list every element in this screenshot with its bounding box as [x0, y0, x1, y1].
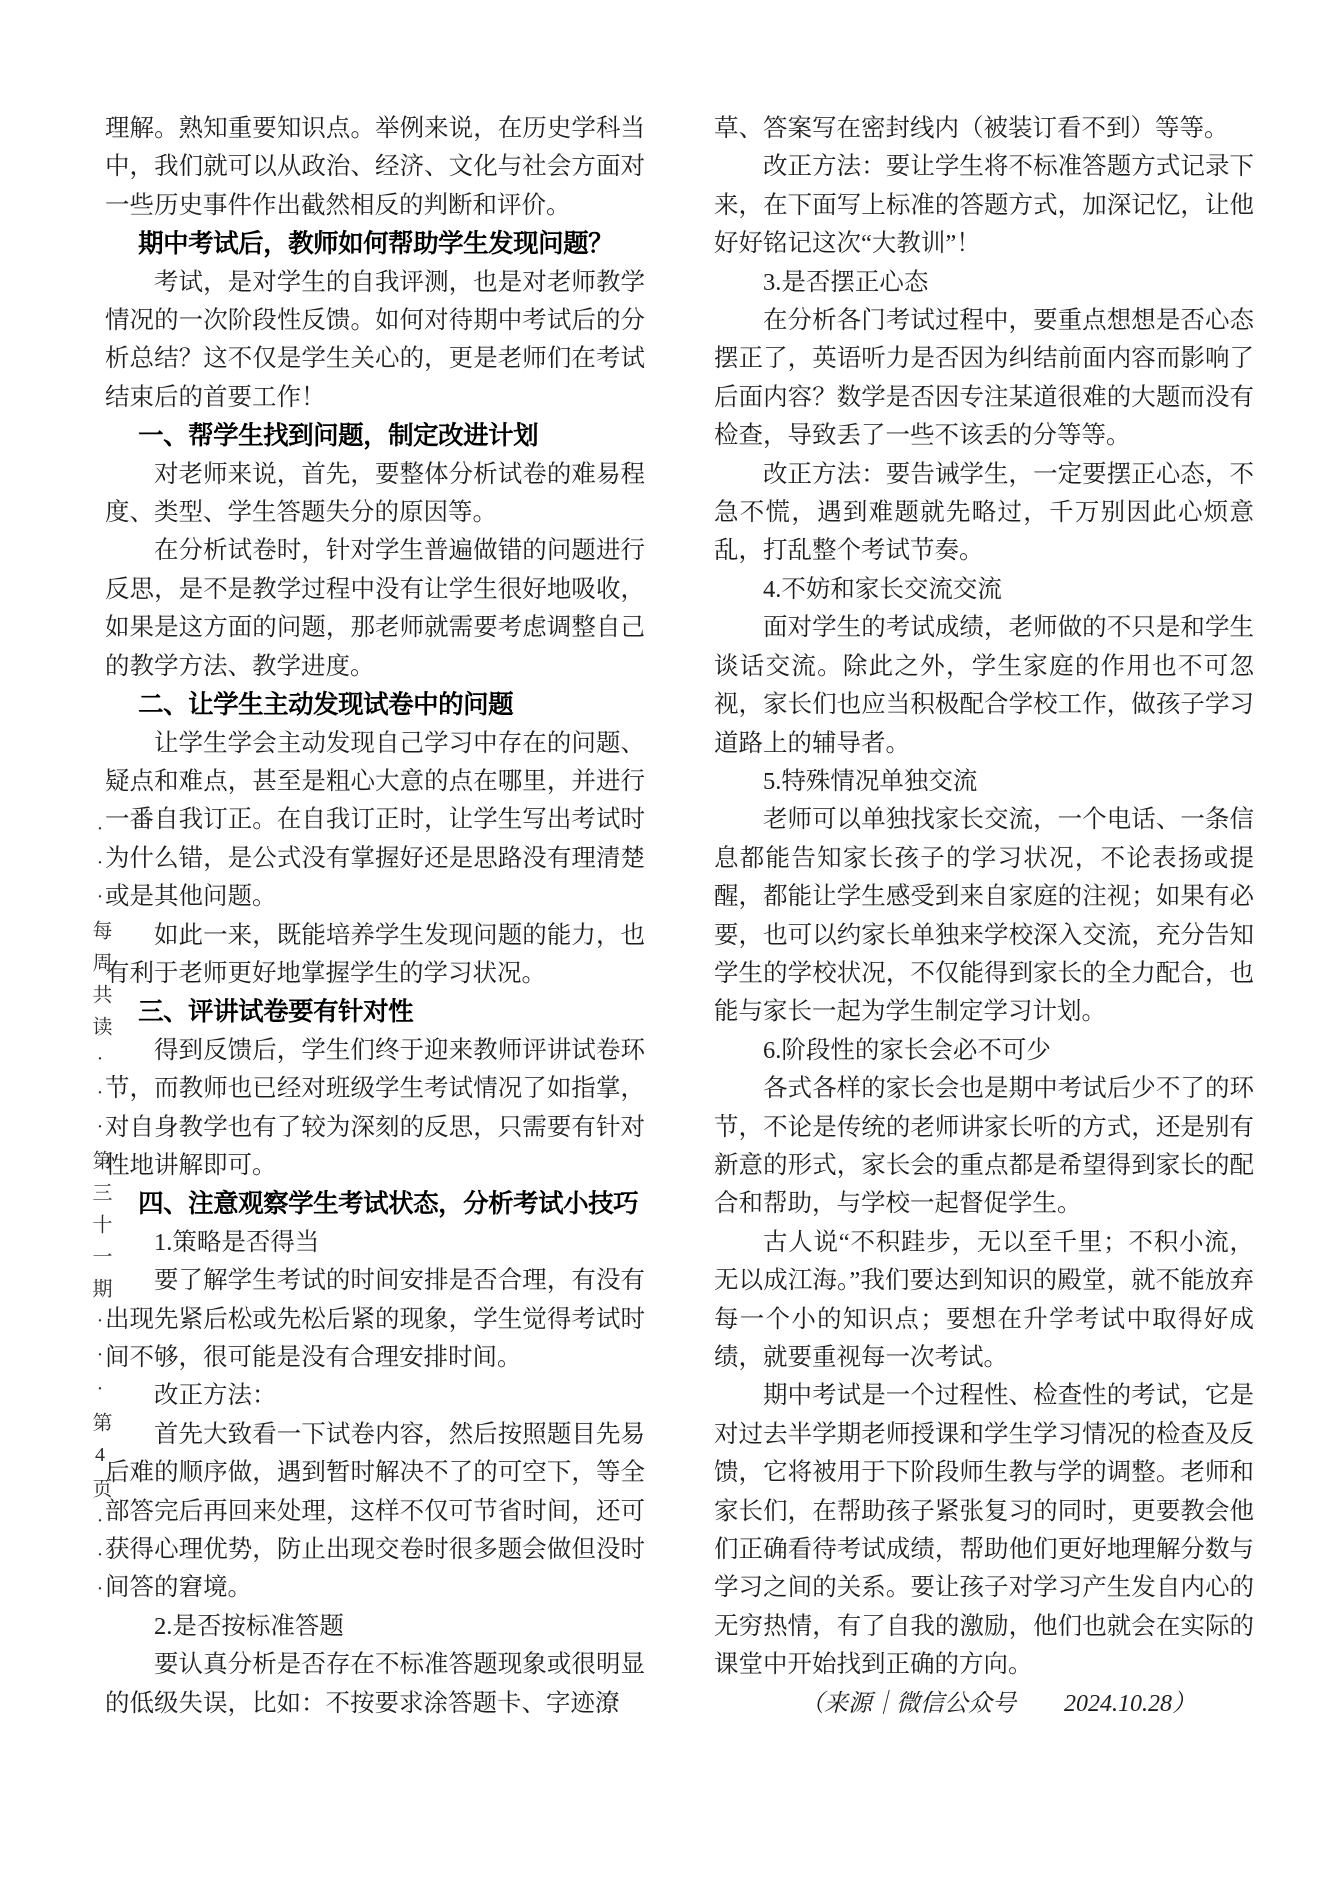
paragraph: 理解。熟知重要知识点。举例来说，在历史学科当中，我们就可以从政治、经济、文化与社…: [105, 110, 645, 225]
list-item: 1.策略是否得当: [105, 1224, 645, 1262]
paragraph: 古人说“不积跬步，无以至千里；不积小流，无以成江海。”我们要达到知识的殿堂，就不…: [714, 1224, 1254, 1378]
paragraph: 改正方法：: [105, 1377, 645, 1415]
list-item: 4.不妨和家长交流交流: [714, 571, 1254, 609]
paragraph: 首先大致看一下试卷内容，然后按照题目先易后难的顺序做，遇到暂时解决不了的可空下，…: [105, 1416, 645, 1608]
list-item: 3.是否摆正心态: [714, 264, 1254, 302]
paragraph: 在分析试卷时，针对学生普遍做错的问题进行反思，是不是教学过程中没有让学生很好地吸…: [105, 532, 645, 686]
paragraph: 改正方法：要让学生将不标准答题方式记录下来，在下面写上标准的答题方式，加深记忆，…: [714, 148, 1254, 263]
left-column: 理解。熟知重要知识点。举例来说，在历史学科当中，我们就可以从政治、经济、文化与社…: [105, 110, 645, 1723]
paragraph: 要认真分析是否存在不标准答题现象或很明显的低级失误，比如：不按要求涂答题卡、字迹…: [105, 1646, 645, 1723]
list-item: 6.阶段性的家长会必不可少: [714, 1032, 1254, 1070]
paragraph: 草、答案写在密封线内（被装订看不到）等等。: [714, 110, 1254, 148]
section-heading: 二、让学生主动发现试卷中的问题: [105, 686, 645, 724]
list-item: 5.特殊情况单独交流: [714, 763, 1254, 801]
paragraph: 让学生学会主动发现自己学习中存在的问题、疑点和难点，甚至是粗心大意的点在哪里，并…: [105, 725, 645, 917]
paragraph: 对老师来说，首先，要整体分析试卷的难易程度、类型、学生答题失分的原因等。: [105, 456, 645, 533]
paragraph: 要了解学生考试的时间安排是否合理，有没有出现先紧后松或先松后紧的现象，学生觉得考…: [105, 1262, 645, 1377]
article-title: 期中考试后，教师如何帮助学生发现问题？: [105, 225, 645, 263]
paragraph: 改正方法：要告诫学生，一定要摆正心态，不急不慌，遇到难题就先略过，千万别因此心烦…: [714, 456, 1254, 571]
paragraph: 期中考试是一个过程性、检查性的考试，它是对过去半学期老师授课和学生学习情况的检查…: [714, 1377, 1254, 1684]
paragraph: 在分析各门考试过程中，要重点想想是否心态摆正了，英语听力是否因为纠结前面内容而影…: [714, 302, 1254, 456]
section-heading: 四、注意观察学生考试状态，分析考试小技巧: [105, 1185, 645, 1223]
list-item: 2.是否按标准答题: [105, 1608, 645, 1646]
paragraph: 面对学生的考试成绩，老师做的不只是和学生谈话交流。除此之外，学生家庭的作用也不可…: [714, 609, 1254, 763]
section-heading: 三、评讲试卷要有针对性: [105, 993, 645, 1031]
paragraph: 老师可以单独找家长交流，一个电话、一条信息都能告知家长孩子的学习状况，不论表扬或…: [714, 801, 1254, 1031]
paragraph: 各式各样的家长会也是期中考试后少不了的环节，不论是传统的老师讲家长听的方式，还是…: [714, 1070, 1254, 1224]
paragraph: 得到反馈后，学生们终于迎来教师评讲试卷环节，而教师也已经对班级学生考试情况了如指…: [105, 1032, 645, 1186]
document-page: ···每周共读···第三十一期···第4页··· 理解。熟知重要知识点。举例来说…: [0, 0, 1339, 1894]
section-heading: 一、帮学生找到问题，制定改进计划: [105, 417, 645, 455]
source-line: （来源｜微信公众号 2024.10.28）: [714, 1685, 1254, 1723]
paragraph: 如此一来，既能培养学生发现问题的能力，也有利于老师更好地掌握学生的学习状况。: [105, 917, 645, 994]
right-column: 草、答案写在密封线内（被装订看不到）等等。 改正方法：要让学生将不标准答题方式记…: [714, 110, 1254, 1723]
paragraph: 考试，是对学生的自我评测，也是对老师教学情况的一次阶段性反馈。如何对待期中考试后…: [105, 264, 645, 418]
